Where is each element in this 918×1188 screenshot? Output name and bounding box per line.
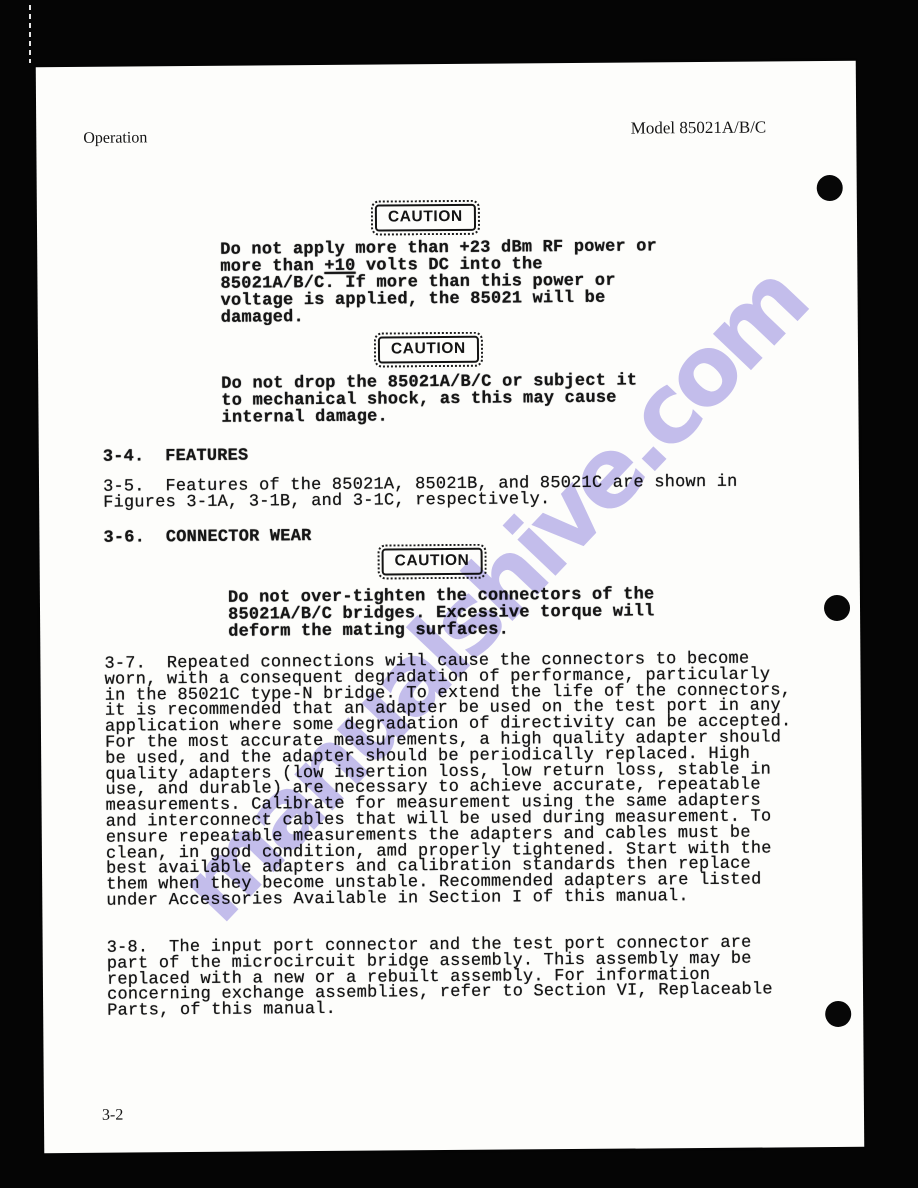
- caution-paragraph-1: Do not apply more than +23 dBm RF power …: [220, 238, 658, 326]
- binding-hole: [825, 1001, 851, 1027]
- document-page: Operation Model 85021A/B/C CAUTION Do no…: [36, 61, 865, 1153]
- section-3-4-heading: 3-4. FEATURES: [103, 448, 249, 466]
- caution-paragraph-2: Do not drop the 85021A/B/C or subject it…: [221, 373, 637, 427]
- caution-stamp-label: CAUTION: [375, 204, 476, 232]
- caution-box-1: CAUTION: [375, 204, 476, 232]
- paragraph-3-5: 3-5. Features of the 85021A, 85021B, and…: [103, 475, 738, 512]
- page-number: 3-2: [102, 1107, 123, 1125]
- caution-box-2: CAUTION: [378, 336, 479, 364]
- section-3-6-heading: 3-6. CONNECTOR WEAR: [103, 528, 311, 547]
- scan-artifact-line: [29, 5, 31, 63]
- paragraph-3-7: 3-7. Repeated connections will cause the…: [104, 651, 792, 909]
- caution1-rest: 85021A/B/C. If more than this power or v…: [220, 272, 615, 328]
- caution-paragraph-3: Do not over-tighten the connectors of th…: [228, 586, 655, 640]
- caution-stamp-label: CAUTION: [378, 336, 479, 364]
- scanned-manual-page: { "page": { "header_left": "Operation", …: [0, 0, 918, 1188]
- binding-hole: [817, 175, 843, 201]
- caution-stamp-label: CAUTION: [382, 548, 483, 576]
- header-left-title: Operation: [83, 129, 147, 148]
- paragraph-3-8: 3-8. The input port connector and the te…: [107, 935, 773, 1019]
- binding-hole: [824, 595, 850, 621]
- caution-box-3: CAUTION: [382, 548, 483, 576]
- header-right-model: Model 85021A/B/C: [631, 118, 767, 139]
